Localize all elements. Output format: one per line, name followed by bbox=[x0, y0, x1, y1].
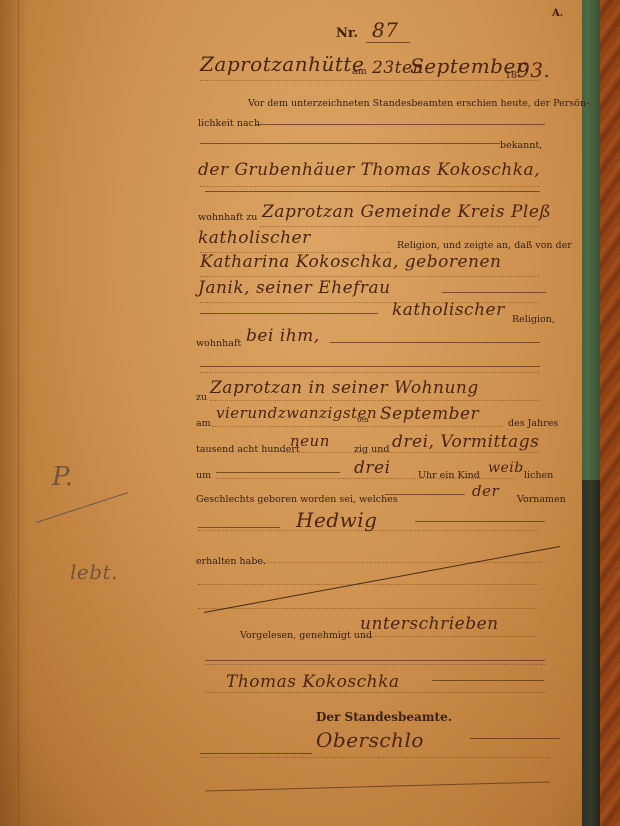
gender-suffix: lichen bbox=[524, 470, 553, 481]
number-label: Nr. bbox=[336, 26, 358, 41]
registrar-signature: Oberschlo bbox=[316, 728, 424, 752]
margin-stroke bbox=[36, 492, 128, 523]
year-suffix: 93. bbox=[517, 58, 550, 82]
informant: der Grubenhäuer Thomas Kokoschka, bbox=[198, 160, 540, 180]
register-number: 87 bbox=[372, 18, 398, 42]
mother-maiden-name: Janik, seiner Ehefrau bbox=[198, 278, 391, 298]
mother-name: Katharina Kokoschka, geborenen bbox=[200, 252, 501, 272]
time-value: drei bbox=[354, 458, 391, 478]
mother-residence-label: wohnhaft bbox=[196, 338, 241, 349]
father-religion: katholischer bbox=[198, 228, 311, 248]
residence-label: wohnhaft zu bbox=[198, 212, 257, 223]
form-letter: A. bbox=[552, 8, 563, 19]
year-label: des Jahres bbox=[508, 418, 558, 429]
read-label: Vorgelesen, genehmigt und bbox=[240, 630, 372, 641]
birth-day-suffix: ten bbox=[357, 416, 368, 424]
birth-month: September bbox=[380, 404, 479, 424]
received-label: erhalten habe. bbox=[196, 556, 266, 567]
gender-value: weib bbox=[488, 460, 524, 476]
page-fold bbox=[18, 0, 19, 826]
margin-note: lebt. bbox=[70, 560, 118, 584]
read-value: unterschrieben bbox=[360, 614, 499, 634]
mother-residence-value: bei ihm, bbox=[246, 326, 320, 346]
unit-value: drei, Vormittags bbox=[392, 432, 539, 452]
religion-label: Religion, bbox=[512, 314, 555, 325]
residence-value: Zaprotzan Gemeinde Kreis Pleß bbox=[262, 202, 551, 222]
article-value: der bbox=[472, 482, 499, 500]
child-text: Uhr ein Kind bbox=[418, 470, 480, 481]
gender-line: Geschlechts geboren worden sei, welches bbox=[196, 494, 398, 505]
religion-text: Religion, und zeigte an, daß von der bbox=[397, 240, 572, 251]
birth-place-prefix: zu bbox=[196, 392, 207, 403]
decade-value: neun bbox=[290, 432, 330, 450]
intro-line-2: lichkeit nach bbox=[198, 118, 260, 129]
registrar-label: Der Standesbeamte. bbox=[316, 710, 452, 724]
place: Zaprotzanhütte bbox=[200, 52, 364, 76]
intro-line-1: Vor dem unterzeichneten Standesbeamten e… bbox=[248, 98, 589, 109]
mother-religion: katholischer bbox=[392, 300, 505, 320]
known-suffix: bekannt, bbox=[500, 140, 542, 151]
time-prefix: um bbox=[196, 470, 211, 481]
birth-register-page: A. Nr. 87 Zaprotzanhütte am 23ten Septem… bbox=[0, 0, 582, 826]
decade-suffix: zig und bbox=[354, 444, 389, 455]
margin-initial: P. bbox=[52, 462, 74, 492]
birth-day: vierundzwanzigsten bbox=[216, 404, 377, 422]
informant-signature: Thomas Kokoschka bbox=[226, 672, 400, 692]
birth-day-prefix: am bbox=[196, 418, 211, 429]
given-names-label: Vornamen bbox=[517, 494, 566, 505]
birth-place: Zaprotzan in seiner Wohnung bbox=[210, 378, 479, 398]
date-prefix: am bbox=[352, 66, 367, 77]
child-name: Hedwig bbox=[296, 508, 377, 532]
thousand-text: tausend acht hundert bbox=[196, 444, 300, 455]
